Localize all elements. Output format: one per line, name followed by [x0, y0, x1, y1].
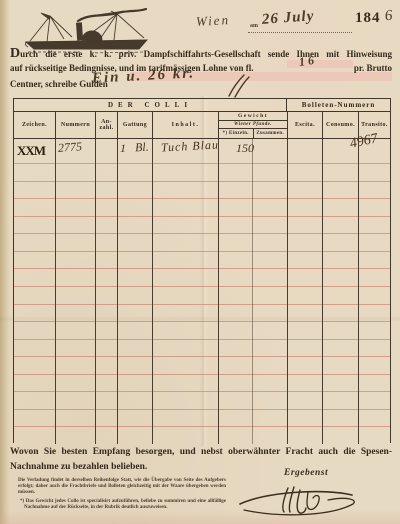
- column-divider: [152, 139, 153, 444]
- weight-footnote: *) Das Gewicht jedes Collo ist specialis…: [18, 499, 226, 511]
- closing-word: Ergebenst: [284, 468, 328, 478]
- document-page: { "colors": { "paper": "#e7dac2", "ink":…: [0, 0, 400, 524]
- table-row: [14, 269, 390, 287]
- handwritten-place: Wien: [196, 12, 231, 30]
- freight-table: DER COLLI Bolleten-Nummern Zeichen. Numm…: [13, 98, 391, 443]
- table-row: [14, 322, 390, 340]
- entry-zeichen: XXM: [17, 143, 45, 159]
- col-header-gattung: Gattung: [117, 112, 152, 138]
- handwritten-entry-row: XXM 2775 1 Bl. Tuch Blau 150 4967: [14, 139, 390, 169]
- gewicht-einzeln: *) Einzeln.: [219, 129, 253, 138]
- footer-line-1: Wovon Sie besten Empfang besorgen, und n…: [10, 447, 392, 457]
- column-divider: [117, 139, 118, 444]
- column-divider: [252, 139, 253, 444]
- footer-line-2: Nachnahme zu bezahlen belieben.: [10, 462, 392, 472]
- printed-year: 184: [355, 10, 381, 27]
- column-divider: [358, 139, 359, 444]
- col-header-inhalt: Inhalt.: [152, 112, 218, 138]
- gewicht-split-headers: *) Einzeln. Zusammen.: [219, 129, 287, 138]
- table-body: XXM 2775 1 Bl. Tuch Blau 150 4967: [14, 139, 390, 444]
- column-divider: [322, 139, 323, 444]
- intro-line-2-right: pr. Brutto: [354, 63, 392, 74]
- table-row: [14, 357, 390, 375]
- table-row: [14, 182, 390, 200]
- conditions-smallprint: Die Verladung findet in derselben Reihen…: [18, 478, 226, 511]
- table-row: [14, 305, 390, 323]
- paper-left-edge: [0, 0, 10, 524]
- table-row: [14, 340, 390, 358]
- table-row: [14, 392, 390, 410]
- table-row: [14, 234, 390, 252]
- table-column-headers: Zeichen. Nummern An-zahl. Gattung Inhalt…: [14, 112, 390, 139]
- column-divider: [95, 139, 96, 444]
- col-header-consumo: Consumo.: [322, 112, 358, 138]
- entry-inhalt: Tuch Blau: [161, 137, 220, 155]
- entry-nummern: 2775: [58, 139, 83, 156]
- handwritten-signature: [236, 478, 360, 524]
- date-dotted-leader: [248, 24, 352, 33]
- handwritten-paraph: [226, 72, 252, 98]
- handwritten-year-digit: 6: [384, 8, 393, 26]
- intro-line-2: auf rückseitige Bedingnisse, und im tari…: [10, 63, 392, 74]
- table-row: [14, 287, 390, 305]
- col-header-escita: Escita.: [287, 112, 322, 138]
- col-header-gewicht: Gewicht Wiener Pfunde. *) Einzeln. Zusam…: [218, 112, 287, 138]
- table-group-header: DER COLLI Bolleten-Nummern: [14, 99, 390, 112]
- gewicht-zusammen: Zusammen.: [253, 129, 288, 138]
- intro-line-3: Centner, schreibe Gulden: [10, 79, 392, 90]
- table-row: [14, 217, 390, 235]
- table-row: [14, 410, 390, 428]
- col-header-anzahl: An-zahl.: [95, 112, 117, 138]
- conditions-paragraph: Die Verladung findet in derselben Reihen…: [18, 478, 226, 496]
- column-divider: [287, 139, 288, 444]
- table-row: [14, 199, 390, 217]
- group-header-bolleten: Bolleten-Nummern: [286, 99, 390, 111]
- column-divider: [55, 139, 56, 444]
- group-header-colli: DER COLLI: [14, 99, 286, 111]
- table-row: [14, 375, 390, 393]
- gewicht-subtitle: Wiener Pfunde.: [219, 121, 287, 129]
- entry-gattung: Bl.: [135, 140, 149, 156]
- entry-anzahl: 1: [120, 141, 126, 156]
- column-divider: [218, 139, 219, 444]
- intro-line-1: Durch die erste k. k. priv. Dampfschiffa…: [10, 48, 392, 60]
- gewicht-title: Gewicht: [219, 112, 287, 121]
- table-row: [14, 427, 390, 444]
- col-header-nummern: Nummern: [55, 112, 95, 138]
- col-header-zeichen: Zeichen.: [14, 112, 55, 138]
- table-row: [14, 252, 390, 270]
- handwritten-rate: 1 6: [298, 53, 315, 70]
